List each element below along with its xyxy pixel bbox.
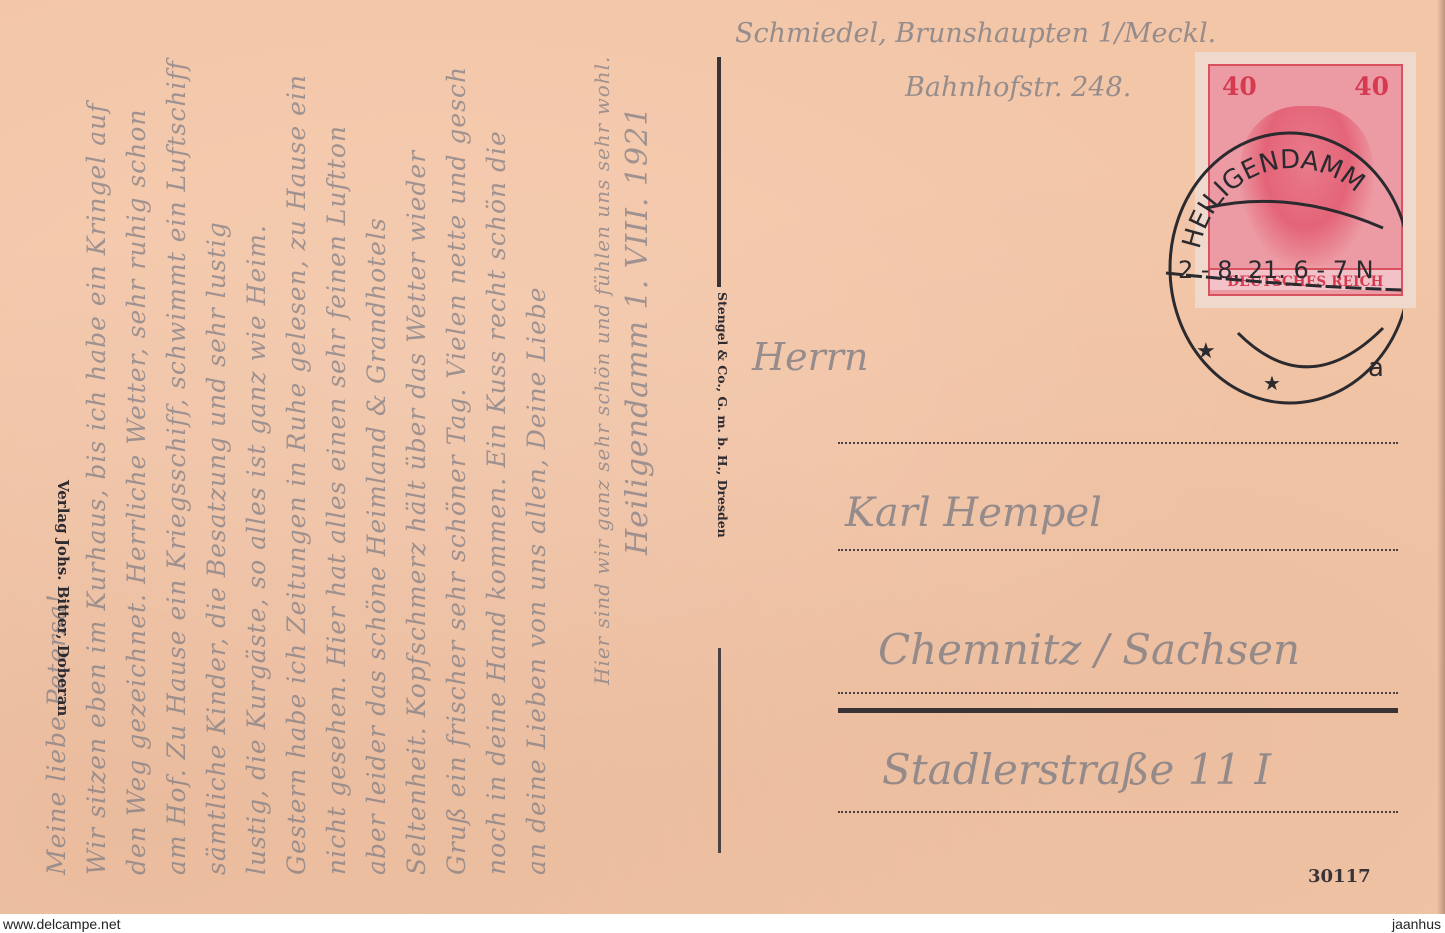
card-edge-shadow (1437, 0, 1445, 914)
stamp-country: DEUTSCHES REICH (1210, 268, 1401, 290)
message-line: am Hof. Zu Hause ein Kriegsschiff, schwi… (162, 60, 191, 875)
printer-imprint: Stengel & Co., G. m. b. H., Dresden (715, 292, 730, 538)
postmark-star-icon: ★ (1196, 339, 1216, 364)
message-line: an deine Lieben von uns allen, Deine Lie… (522, 286, 551, 875)
watermark-bar (0, 914, 1445, 933)
postcard: Heiligendamm 1. VIII. 1921 Meine liebe P… (0, 0, 1445, 914)
message-line: Gestern habe ich Zeitungen in Ruhe geles… (282, 74, 311, 875)
message-line: Wir sitzen eben im Kurhaus, bis ich habe… (82, 103, 111, 875)
address-line-city-underline (838, 708, 1398, 713)
germania-figure-icon (1240, 106, 1373, 266)
stamp-value-right: 40 (1354, 72, 1389, 101)
message-line: nicht gesehen. Hier hat alles einen sehr… (322, 125, 351, 875)
postmark-letter: a (1368, 353, 1384, 383)
watermark-left: www.delcampe.net (3, 916, 121, 932)
address-line-2 (838, 549, 1398, 551)
center-divider-line (717, 57, 721, 287)
message-line: den Weg gezeichnet. Herrliche Wetter, se… (122, 108, 151, 875)
sender-line-1: Schmiedel, Brunshaupten 1/Meckl. (735, 18, 1216, 49)
message-line: Seltenheit. Kopfschmerz hält über das We… (402, 150, 431, 875)
message-line: lustig, die Kurgäste, so alles ist ganz … (242, 224, 271, 875)
address-line-3 (838, 692, 1398, 694)
message-line: sämtliche Kinder, die Besatzung und sehr… (202, 221, 231, 875)
postmark-star-icon: ★ (1263, 371, 1281, 395)
catalog-number: 30117 (1308, 866, 1371, 887)
message-line: noch in deine Hand kommen. Ein Kuss rech… (482, 130, 511, 875)
center-divider-line-bottom (718, 648, 721, 853)
recipient-salutation: Herrn (752, 335, 868, 379)
address-line-4 (838, 811, 1398, 813)
message-date: Heiligendamm 1. VIII. 1921 (620, 106, 655, 555)
sender-line-2: Bahnhofstr. 248. (905, 72, 1131, 103)
address-line-1 (838, 442, 1398, 444)
watermark-right: jaanhus (1392, 916, 1441, 932)
recipient-name: Karl Hempel (845, 490, 1102, 536)
handwritten-message: Heiligendamm 1. VIII. 1921 Meine liebe P… (30, 0, 680, 885)
message-line: Gruß ein frischer sehr schöner Tag. Viel… (442, 66, 471, 875)
recipient-street: Stadlerstraße 11 I (882, 745, 1271, 794)
publisher-imprint: Verlag Johs. Bitter, Doberan (54, 480, 72, 716)
stamp-value-left: 40 (1222, 72, 1257, 101)
stamp-frame: 40 40 DEUTSCHES REICH (1208, 64, 1403, 296)
recipient-city: Chemnitz / Sachsen (878, 625, 1300, 674)
message-line: Hier sind wir ganz sehr schön und fühlen… (590, 56, 614, 685)
message-line: aber leider das schöne Heimland & Grandh… (362, 217, 391, 875)
postage-stamp: 40 40 DEUTSCHES REICH (1198, 55, 1413, 305)
